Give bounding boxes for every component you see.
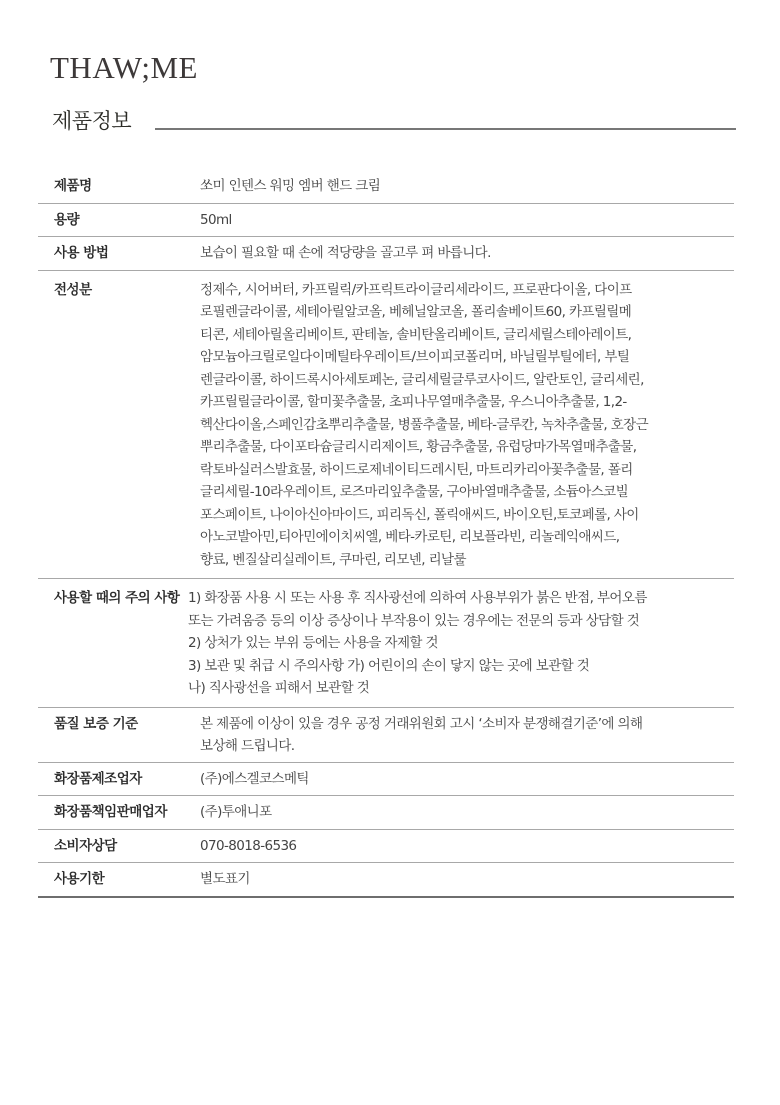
table-row-product-name: 제품명 쏘미 인텐스 워밍 엠버 핸드 크림	[38, 170, 734, 204]
value-line: 1) 화장품 사용 시 또는 사용 후 직사광선에 의하여 사용부위가 붉은 반…	[188, 587, 728, 610]
product-info-table: 제품명 쏘미 인텐스 워밍 엠버 핸드 크림 용량 50ml 사용 방법 보습이…	[38, 170, 734, 898]
value-line: 향료, 벤질살리실레이트, 쿠마린, 리모넨, 리날룰	[200, 549, 728, 572]
row-label: 용량	[38, 209, 200, 232]
value-line: 로필렌글라이콜, 세테아릴알코올, 베헤닐알코올, 폴리솔베이트60, 카프릴릴…	[200, 301, 728, 324]
value-line: 보상해 드립니다.	[200, 735, 728, 758]
row-value: 50ml	[200, 209, 734, 232]
table-row-customer-service: 소비자상담 070-8018-6536	[38, 830, 734, 864]
row-label: 사용 방법	[38, 242, 200, 265]
value-line: 카프릴릴글라이콜, 할미꽃추출물, 초피나무열매추출물, 우스니아추출물, 1,…	[200, 391, 728, 414]
value-line: 뿌리추출물, 다이포타슘글리시리제이트, 황금추출물, 유럽당마가목열매추출물,	[200, 436, 728, 459]
value-line: 락토바실러스발효물, 하이드로제네이티드레시틴, 마트리카리아꽃추출물, 폴리	[200, 459, 728, 482]
value-line: 헥산다이올,스페인감초뿌리추출물, 병풀추출물, 베타-글루칸, 녹차추출물, …	[200, 414, 728, 437]
value-line: 포스페이트, 나이아신아마이드, 피리독신, 폴릭애씨드, 바이오틴,토코페롤,…	[200, 504, 728, 527]
row-value: 보습이 필요할 때 손에 적당량을 골고루 펴 바릅니다.	[200, 242, 734, 265]
row-value: (주)투애니포	[200, 801, 734, 824]
row-label: 사용기한	[38, 868, 200, 891]
row-label: 화장품제조업자	[38, 768, 200, 791]
section-divider	[155, 128, 736, 130]
row-value: 070-8018-6536	[200, 835, 734, 858]
brand-logo: THAW;ME	[50, 50, 198, 86]
row-label: 전성분	[38, 279, 200, 572]
table-row-distributor: 화장품책임판매업자 (주)투애니포	[38, 796, 734, 830]
value-line: 티콘, 세테아릴올리베이트, 판테놀, 솔비탄올리베이트, 글리세릴스테아레이트…	[200, 324, 728, 347]
table-row-manufacturer: 화장품제조업자 (주)에스겔코스메틱	[38, 763, 734, 797]
row-value: 쏘미 인텐스 워밍 엠버 핸드 크림	[200, 175, 734, 198]
value-line: (주)에스겔코스메틱	[200, 768, 728, 791]
table-row-quality-guarantee: 품질 보증 기준 본 제품에 이상이 있을 경우 공정 거래위원회 고시 ‘소비…	[38, 708, 734, 763]
row-value: 정제수, 시어버터, 카프릴릭/카프릭트라이글리세라이드, 프로판다이올, 다이…	[200, 279, 734, 572]
row-value: 별도표기	[200, 868, 734, 891]
value-line: 글리세릴-10라우레이트, 로즈마리잎추출물, 구아바열매추출물, 소듐아스코빌	[200, 481, 728, 504]
value-line: 50ml	[200, 209, 728, 232]
row-label: 제품명	[38, 175, 200, 198]
row-value: 본 제품에 이상이 있을 경우 공정 거래위원회 고시 ‘소비자 분쟁해결기준’…	[200, 713, 734, 758]
row-value: (주)에스겔코스메틱	[200, 768, 734, 791]
value-line: 3) 보관 및 취급 시 주의사항 가) 어린이의 손이 닿지 않는 곳에 보관…	[188, 655, 728, 678]
value-line: 본 제품에 이상이 있을 경우 공정 거래위원회 고시 ‘소비자 분쟁해결기준’…	[200, 713, 728, 736]
value-line: 정제수, 시어버터, 카프릴릭/카프릭트라이글리세라이드, 프로판다이올, 다이…	[200, 279, 728, 302]
section-title: 제품정보	[52, 106, 131, 136]
table-row-volume: 용량 50ml	[38, 204, 734, 238]
value-line: 070-8018-6536	[200, 835, 728, 858]
row-label: 품질 보증 기준	[38, 713, 200, 758]
value-line: 보습이 필요할 때 손에 적당량을 골고루 펴 바릅니다.	[200, 242, 728, 265]
value-line: 또는 가려움증 등의 이상 증상이나 부작용이 있는 경우에는 전문의 등과 상…	[188, 610, 728, 633]
value-line: 쏘미 인텐스 워밍 엠버 핸드 크림	[200, 175, 728, 198]
row-label: 소비자상담	[38, 835, 200, 858]
value-line: (주)투애니포	[200, 801, 728, 824]
row-value: 1) 화장품 사용 시 또는 사용 후 직사광선에 의하여 사용부위가 붉은 반…	[188, 587, 734, 700]
row-label: 사용할 때의 주의 사항	[38, 587, 200, 700]
value-line: 렌글라이콜, 하이드록시아세토페논, 글리세릴글루코사이드, 알란토인, 글리세…	[200, 369, 728, 392]
section-header: 제품정보	[52, 106, 736, 136]
table-row-ingredients: 전성분 정제수, 시어버터, 카프릴릭/카프릭트라이글리세라이드, 프로판다이올…	[38, 271, 734, 580]
table-row-precautions: 사용할 때의 주의 사항 1) 화장품 사용 시 또는 사용 후 직사광선에 의…	[38, 579, 734, 708]
value-line: 아노코발아민,티아민에이치씨엘, 베타-카로틴, 리보플라빈, 리놀레익애씨드,	[200, 526, 728, 549]
table-row-usage: 사용 방법 보습이 필요할 때 손에 적당량을 골고루 펴 바릅니다.	[38, 237, 734, 271]
table-row-expiry: 사용기한 별도표기	[38, 863, 734, 898]
value-line: 암모늄아크릴로일다이메틸타우레이트/브이피코폴리머, 바닐릴부틸에터, 부틸	[200, 346, 728, 369]
value-line: 나) 직사광선을 피해서 보관할 것	[188, 677, 728, 700]
value-line: 2) 상처가 있는 부위 등에는 사용을 자제할 것	[188, 632, 728, 655]
value-line: 별도표기	[200, 868, 728, 891]
row-label: 화장품책임판매업자	[38, 801, 200, 824]
